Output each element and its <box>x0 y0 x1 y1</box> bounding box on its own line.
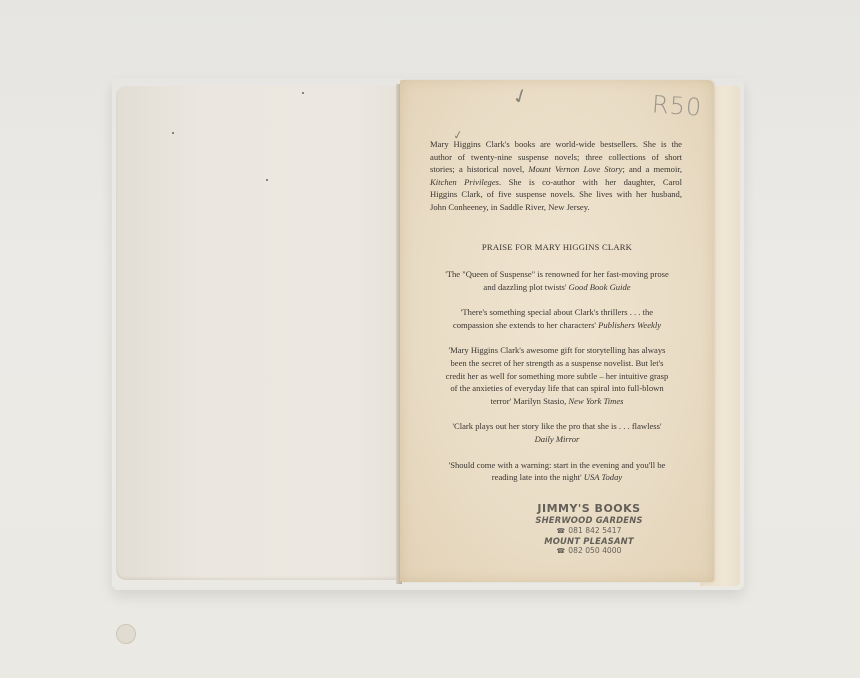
quote-text: and dazzling plot twists' <box>483 282 568 292</box>
quote-line: and dazzling plot twists' Good Book Guid… <box>422 281 692 294</box>
speck <box>266 179 268 181</box>
quote-source: Daily Mirror <box>535 434 580 444</box>
praise-quote: 'Mary Higgins Clark's awesome gift for s… <box>422 344 692 407</box>
quote-text: terror' Marilyn Stasio, <box>490 396 568 406</box>
speck <box>302 92 304 94</box>
quote-text: reading late into the night' <box>492 472 584 482</box>
pencil-price: R50 <box>651 90 703 121</box>
corner-stain <box>116 624 136 644</box>
quote-text: compassion she extends to her characters… <box>453 320 598 330</box>
pencil-tick-large: ✓ <box>508 82 532 110</box>
bio-line: author of twenty-nine suspense novels; t… <box>430 151 682 164</box>
quote-line: Daily Mirror <box>422 433 692 446</box>
bio-text: . She is co-author with her daughter, Ca… <box>499 177 682 187</box>
stamp-phone-number: 082 050 4000 <box>568 546 621 555</box>
quote-line: 'Mary Higgins Clark's awesome gift for s… <box>422 344 692 357</box>
right-page: ✓ ✓ R50 Mary Higgins Clark's books are w… <box>400 80 714 582</box>
bio-line: Higgins Clark, of five suspense novels. … <box>430 188 682 201</box>
bio-text: stories; a historical novel, <box>430 164 528 174</box>
stamp-phone: ☎081 842 5417 <box>534 526 644 536</box>
quote-line: terror' Marilyn Stasio, New York Times <box>422 395 692 408</box>
phone-icon: ☎ <box>557 527 566 535</box>
quote-line: 'Clark plays out her story like the pro … <box>422 420 692 433</box>
quote-line: 'The "Queen of Suspense" is renowned for… <box>422 268 692 281</box>
quote-source: USA Today <box>584 472 622 482</box>
left-page-blank <box>116 86 398 580</box>
quote-line: reading late into the night' USA Today <box>422 471 692 484</box>
praise-quote: 'There's something special about Clark's… <box>422 306 692 331</box>
bio-text: ; and a memoir, <box>622 164 682 174</box>
stamp-location: SHERWOOD GARDENS <box>534 515 644 526</box>
praise-heading: PRAISE FOR MARY HIGGINS CLARK <box>400 242 714 252</box>
quote-line: 'Should come with a warning: start in th… <box>422 459 692 472</box>
bio-line: Kitchen Privileges. She is co-author wit… <box>430 176 682 189</box>
quote-source: Publishers Weekly <box>598 320 661 330</box>
quote-line: compassion she extends to her characters… <box>422 319 692 332</box>
praise-quote: 'Clark plays out her story like the pro … <box>422 420 692 445</box>
book-title-mount-vernon: Mount Vernon Love Story <box>528 164 622 174</box>
praise-quote: 'Should come with a warning: start in th… <box>422 459 692 484</box>
stamp-shop-name: JIMMY'S BOOKS <box>534 502 644 515</box>
bio-line: stories; a historical novel, Mount Verno… <box>430 163 682 176</box>
quote-source: New York Times <box>568 396 623 406</box>
stamp-phone-number: 081 842 5417 <box>568 526 621 535</box>
quote-line: been the secret of her strength as a sus… <box>422 357 692 370</box>
speck <box>172 132 174 134</box>
bookshop-stamp: JIMMY'S BOOKS SHERWOOD GARDENS ☎081 842 … <box>534 502 644 556</box>
phone-icon: ☎ <box>557 547 566 555</box>
quote-line: credit her as well for something more su… <box>422 370 692 383</box>
quote-line: 'There's something special about Clark's… <box>422 306 692 319</box>
praise-quotes: 'The "Queen of Suspense" is renowned for… <box>422 268 692 497</box>
stamp-phone: ☎082 050 4000 <box>534 546 644 556</box>
quote-line: of the anxieties of everyday life that c… <box>422 382 692 395</box>
bio-line: Mary Higgins Clark's books are world-wid… <box>430 138 682 151</box>
praise-quote: 'The "Queen of Suspense" is renowned for… <box>422 268 692 293</box>
stamp-location: MOUNT PLEASANT <box>534 536 644 547</box>
quote-source: Good Book Guide <box>569 282 631 292</box>
author-bio: Mary Higgins Clark's books are world-wid… <box>430 138 682 214</box>
book-title-kitchen-privileges: Kitchen Privileges <box>430 177 499 187</box>
bio-line: John Conheeney, in Saddle River, New Jer… <box>430 201 682 214</box>
